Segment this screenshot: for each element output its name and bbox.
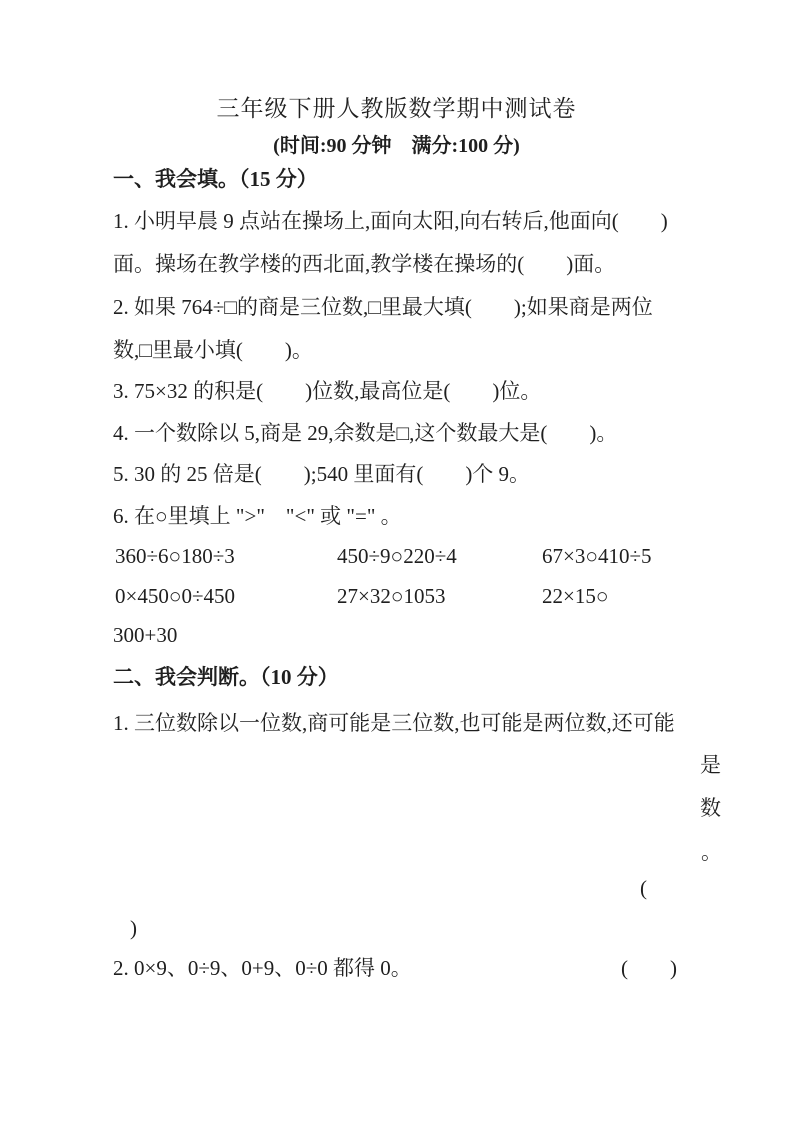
fill-q6: 6. 在○里填上 ">" "<" 或 "=" 。 (113, 495, 402, 537)
compare-cell: 0×450○0÷450 (115, 575, 235, 617)
judge-q1-line1: 1. 三位数除以一位数,商可能是三位数,也可能是两位数,还可能 (113, 702, 675, 744)
compare-row-1: 360÷6○180÷3 450÷9○220÷4 67×3○410÷5 (113, 535, 753, 577)
section1-heading: 一、我会填。（15 分） (113, 158, 318, 200)
fill-q3: 3. 75×32 的积是( )位数,最高位是( )位。 (113, 370, 541, 412)
test-paper-page: 三年级下册人教版数学期中测试卷 (时间:90 分钟 满分:100 分) 一、我会… (0, 0, 793, 1122)
compare-cell: 22×15○ (542, 575, 609, 617)
judge-q2-answer-blank: ( ) (621, 947, 677, 989)
compare-cell: 67×3○410÷5 (542, 535, 652, 577)
judge-q1-paren-open: ( (640, 867, 647, 909)
judge-q1-orphan-period: 。 (701, 831, 722, 873)
judge-q1-orphan-shu: 数 (700, 787, 721, 829)
compare-cell: 360÷6○180÷3 (115, 535, 235, 577)
compare-row-3: 300+30 (113, 614, 177, 656)
judge-q2: 2. 0×9、0÷9、0+9、0÷0 都得 0。 (113, 947, 412, 989)
judge-q1-paren-close: ) (130, 907, 137, 949)
compare-cell: 450÷9○220÷4 (337, 535, 457, 577)
fill-q2-line1: 2. 如果 764÷□的商是三位数,□里最大填( );如果商是两位 (113, 286, 653, 328)
fill-q1-line2: 面。操场在教学楼的西北面,教学楼在操场的( )面。 (113, 243, 615, 285)
section2-heading: 二、我会判断。（10 分） (113, 656, 339, 698)
fill-q2-line2: 数,□里最小填( )。 (113, 329, 313, 371)
doc-title: 三年级下册人教版数学期中测试卷 (0, 88, 793, 130)
fill-q5: 5. 30 的 25 倍是( );540 里面有( )个 9。 (113, 453, 530, 495)
compare-row-2: 0×450○0÷450 27×32○1053 22×15○ (113, 575, 753, 617)
judge-q1-orphan-shi: 是 (700, 744, 721, 786)
fill-q4: 4. 一个数除以 5,商是 29,余数是□,这个数最大是( )。 (113, 412, 617, 454)
fill-q1-line1: 1. 小明早晨 9 点站在操场上,面向太阳,向右转后,他面向( ) (113, 200, 668, 242)
compare-cell: 27×32○1053 (337, 575, 446, 617)
